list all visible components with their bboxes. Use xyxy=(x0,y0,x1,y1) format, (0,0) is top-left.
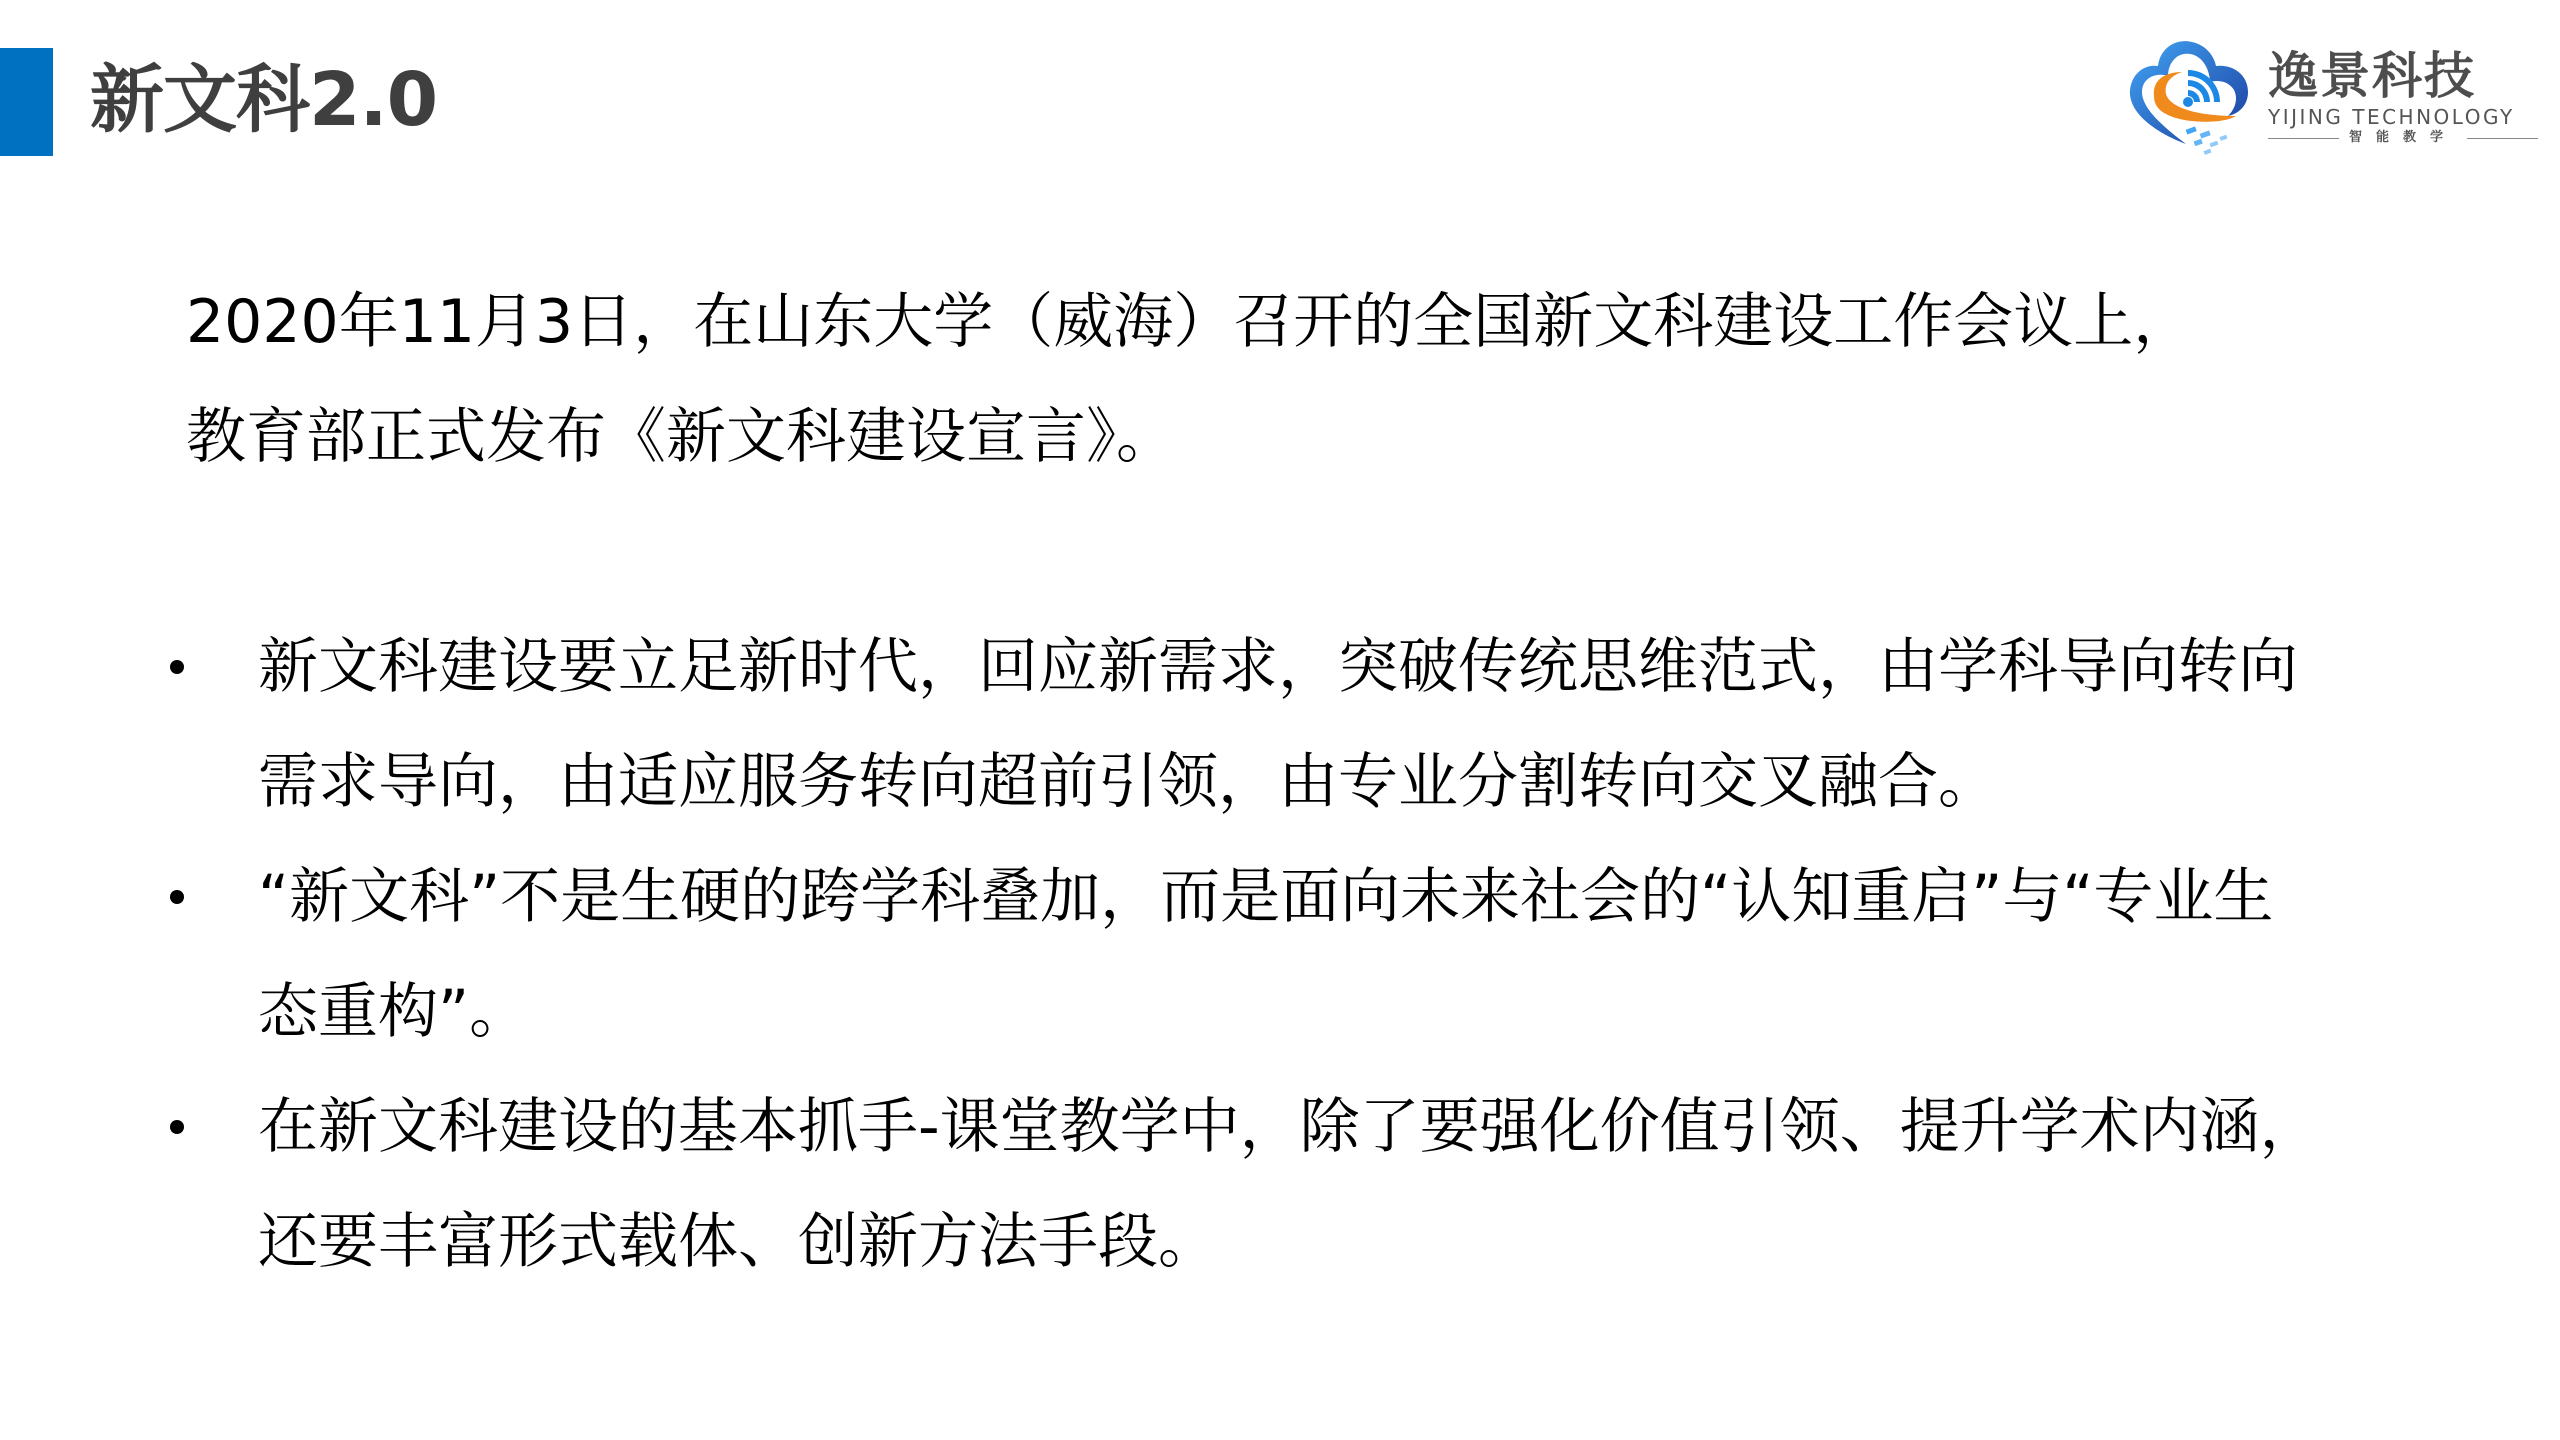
bullet-list: 新文科建设要立足新时代，回应新需求，突破传统思维范式，由学科导向转向需求导向，由… xyxy=(180,610,2330,1300)
bullet-dot-icon xyxy=(170,660,184,674)
cloud-wifi-logo-icon xyxy=(2124,32,2254,160)
bullet-dot-icon xyxy=(170,890,184,904)
intro-line: 教育部正式发布《新文科建设宣言》。 xyxy=(186,380,2336,495)
bullet-item: 在新文科建设的基本抓手-课堂教学中，除了要强化价值引领、提升学术内涵，还要丰富形… xyxy=(180,1070,2330,1300)
bullet-text: 新文科建设要立足新时代，回应新需求，突破传统思维范式，由学科导向转向需求导向，由… xyxy=(258,632,2298,817)
bullet-dot-icon xyxy=(170,1120,184,1134)
company-logo: 逸景科技 YIJING TECHNOLOGY 智能教学 xyxy=(2120,28,2550,163)
logo-company-name-en: YIJING TECHNOLOGY xyxy=(2268,106,2515,128)
bullet-text: 在新文科建设的基本抓手-课堂教学中，除了要强化价值引领、提升学术内涵，还要丰富形… xyxy=(258,1092,2320,1277)
tagline-rule-right xyxy=(2467,138,2538,139)
logo-tagline: 智能教学 xyxy=(2268,130,2538,146)
logo-company-name: 逸景科技 xyxy=(2268,48,2476,104)
bullet-text: “新文科”不是生硬的跨学科叠加，而是面向未来社会的“认知重启”与“专业生态重构”… xyxy=(258,862,2273,1047)
slide-title: 新文科2.0 xyxy=(90,52,437,148)
tagline-rule-left xyxy=(2268,138,2339,139)
tagline-text: 智能教学 xyxy=(2349,130,2457,146)
bullet-item: “新文科”不是生硬的跨学科叠加，而是面向未来社会的“认知重启”与“专业生态重构”… xyxy=(180,840,2330,1070)
title-accent-bar xyxy=(0,48,53,156)
bullet-item: 新文科建设要立足新时代，回应新需求，突破传统思维范式，由学科导向转向需求导向，由… xyxy=(180,610,2330,840)
intro-line: 2020年11月3日，在山东大学（威海）召开的全国新文科建设工作会议上， xyxy=(186,265,2336,380)
intro-paragraph: 2020年11月3日，在山东大学（威海）召开的全国新文科建设工作会议上， 教育部… xyxy=(186,265,2336,495)
